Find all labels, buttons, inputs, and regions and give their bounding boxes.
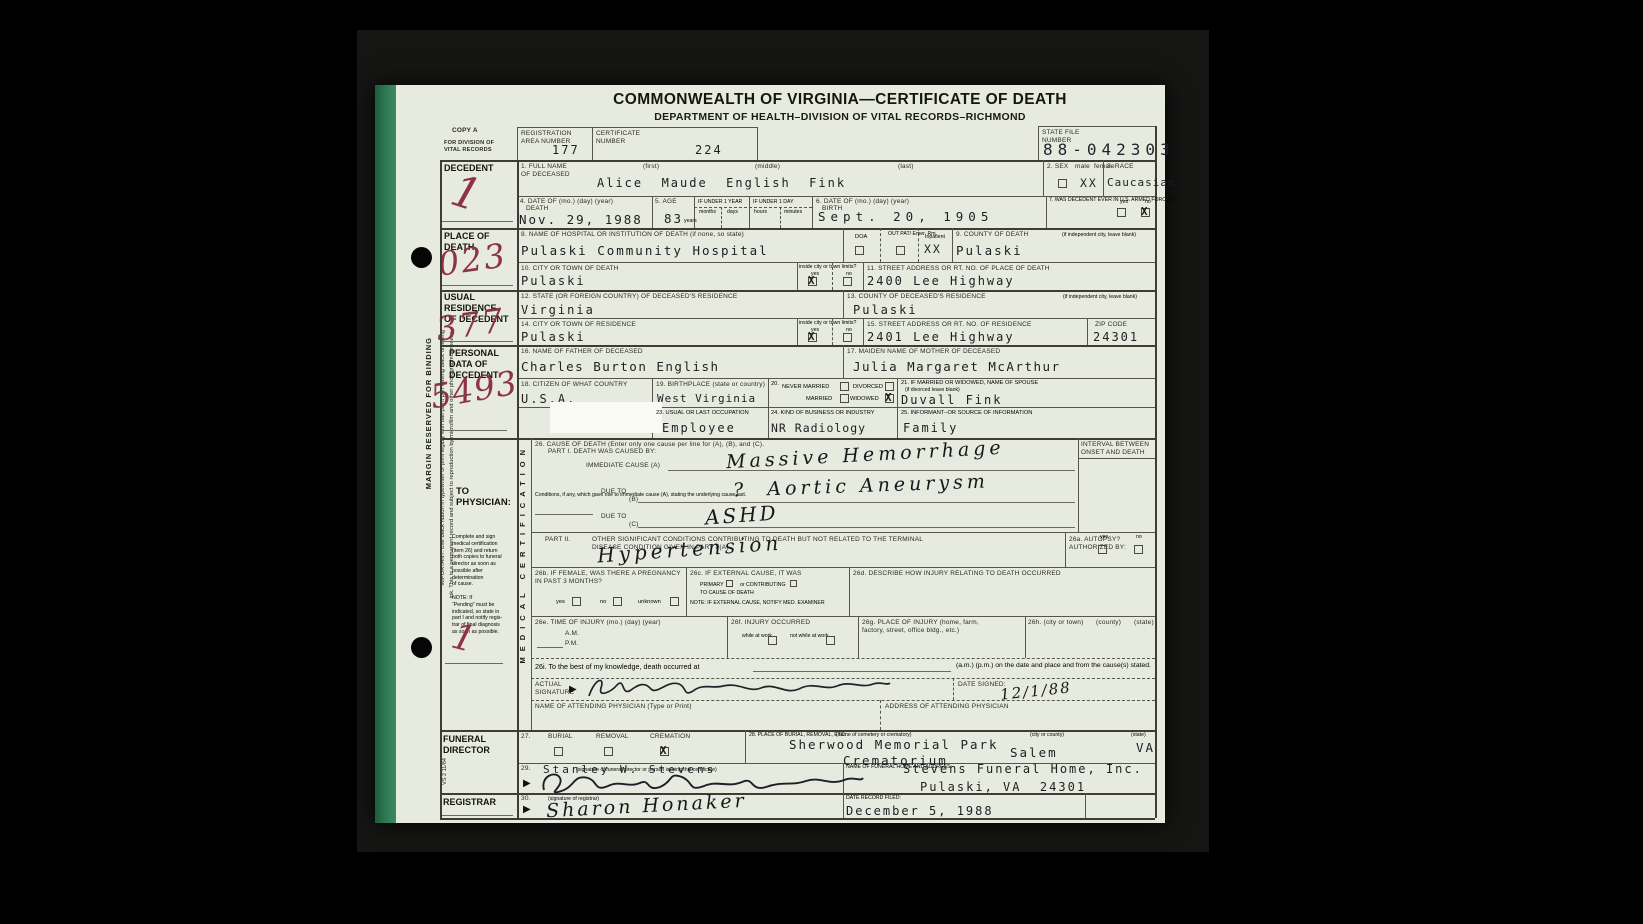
checkbox-doa	[855, 246, 864, 255]
sex-label: 2. SEX	[1047, 163, 1068, 171]
checkbox-limits-yes-death: X	[808, 277, 817, 286]
registration-area-number-value: 177	[552, 143, 580, 157]
zip-label: ZIP CODE	[1095, 321, 1127, 329]
injury-city-label: 26h. (city or town)	[1028, 619, 1083, 627]
burial-state-value: VA	[1136, 740, 1155, 755]
attending-physician-name-label: NAME OF ATTENDING PHYSICIAN (Type or Pri…	[535, 703, 692, 711]
residence-city-value: Pulaski	[521, 330, 586, 344]
due-to-c-label: DUE TO	[601, 513, 627, 521]
inpatient-mark: XX	[924, 242, 942, 256]
to-physician-note: Complete and sign medical certification …	[452, 534, 502, 588]
part2-label: PART II.	[545, 536, 570, 544]
citizen-label: 18. CITIZEN OF WHAT COUNTRY	[521, 381, 628, 389]
contributing-label: or CONTRIBUTING	[740, 582, 786, 589]
injury-occurred-label: 26f. INJURY OCCURRED	[731, 619, 810, 627]
father-label: 16. NAME OF FATHER OF DECEASED	[521, 348, 643, 356]
cremation-label: CREMATION	[650, 733, 690, 741]
date-of-death-value: Nov. 29, 1988	[519, 212, 643, 227]
full-name-value: Alice Maude English Fink	[597, 176, 846, 190]
divorced-label: DIVORCED	[853, 384, 883, 391]
county-of-death-value: Pulaski	[956, 243, 1023, 258]
form-code: VS 2 11/84	[442, 758, 448, 785]
section-funeral-director: FUNERAL DIRECTOR	[443, 734, 490, 756]
checkbox-contributing	[790, 580, 797, 587]
signature-arrow-icon: ▶	[569, 684, 577, 695]
residence-county-hint: (if independent city, leave blank)	[1063, 294, 1137, 301]
first-hint: (first)	[643, 163, 659, 171]
checkbox-limits-no-death	[843, 277, 852, 286]
street-of-death-value: 2400 Lee Highway	[867, 274, 1015, 288]
burial-state-hint: (state)	[1131, 732, 1146, 739]
checkbox-limits-yes-res: X	[808, 333, 817, 342]
am-label: A.M.	[565, 630, 579, 638]
age-label: 5. AGE	[655, 198, 677, 206]
pregnancy-label: 26b. IF FEMALE, WAS THERE A PREGNANCY IN…	[535, 570, 681, 586]
days-label: days	[727, 209, 738, 216]
middle-hint: (middle)	[755, 163, 780, 171]
burial-place-value1: Sherwood Memorial Park	[789, 737, 999, 752]
age-value: 83	[664, 211, 683, 226]
not-while-at-work-label: not while at work	[790, 633, 829, 640]
armed-forces-label: 7. WAS DECEDENT EVER IN U.S. ARMED FORCE…	[1049, 197, 1176, 204]
residence-street-label: 15. STREET ADDRESS OR RT. NO. OF RESIDEN…	[867, 321, 1032, 329]
hospital-value: Pulaski Community Hospital	[521, 243, 769, 258]
to-cause-label: TO CAUSE OF DEATH	[700, 590, 754, 597]
occupation-value: Employee	[662, 421, 736, 435]
describe-injury-label: 26d. DESCRIBE HOW INJURY RELATING TO DEA…	[853, 570, 1061, 578]
full-name-label: 1. FULL NAME OF DECEASED	[521, 163, 570, 179]
attending-physician-address-label: ADDRESS OF ATTENDING PHYSICIAN	[885, 703, 1009, 711]
death-certificate-scan: COMMONWEALTH OF VIRGINIA—CERTIFICATE OF …	[0, 0, 1643, 924]
checkbox-never-married	[840, 382, 849, 391]
informant-label: 25. INFORMANT–OR SOURCE OF INFORMATION	[901, 410, 1032, 417]
residence-state-value: Virginia	[521, 303, 595, 317]
immediate-cause-label: IMMEDIATE CAUSE (A)	[586, 462, 660, 470]
physician-signature-handwriting	[583, 672, 893, 702]
industry-value: NR Radiology	[771, 421, 866, 435]
burial-city-value: Salem	[1010, 745, 1058, 760]
spouse-value: Duvall Fink	[901, 393, 1002, 407]
age-years-label: years	[684, 218, 697, 225]
mother-value: Julia Margaret McArthur	[853, 359, 1061, 374]
checkbox-pregnancy-unknown	[670, 597, 679, 606]
external-note-label: NOTE: IF EXTERNAL CAUSE, NOTIFY MED. EXA…	[690, 600, 825, 607]
item27-label: 27.	[521, 733, 531, 741]
checkbox-divorced	[885, 382, 894, 391]
external-cause-label: 26c. IF EXTERNAL CAUSE, IT WAS	[690, 570, 802, 578]
checkbox-autopsy-yes	[1098, 545, 1107, 554]
race-value: Caucasian	[1107, 176, 1176, 189]
limits-label-death: inside city or town limits?	[799, 264, 861, 271]
checkbox-pregnancy-yes	[572, 597, 581, 606]
occupation-label: 23. USUAL OR LAST OCCUPATION	[656, 410, 749, 417]
checkbox-armed-yes	[1117, 208, 1126, 217]
residence-county-value: Pulaski	[853, 303, 918, 317]
margin-binding-note: MARGIN RESERVED FOR BINDING	[424, 337, 433, 489]
residence-state-label: 12. STATE (OR FOREIGN COUNTRY) OF DECEAS…	[521, 293, 737, 301]
zip-value: 24301	[1093, 330, 1139, 344]
conditions-note: Conditions, if any, which gave rise to i…	[535, 492, 746, 499]
attestation-label: 26i. To the best of my knowledge, death …	[535, 662, 699, 671]
checkbox-primary	[726, 580, 733, 587]
marital-label: 20.	[771, 381, 779, 388]
removal-label: REMOVAL	[596, 733, 629, 741]
checkbox-pregnancy-no	[613, 597, 622, 606]
pm-label: P.M.	[565, 640, 578, 648]
checkbox-married	[840, 394, 849, 403]
certificate-number-label: CERTIFICATE NUMBER	[596, 130, 640, 146]
doa-label: DOA	[855, 234, 867, 241]
armed-yes-label: yes	[1120, 199, 1128, 206]
primary-label: PRIMARY	[700, 582, 724, 589]
section-registrar: REGISTRAR	[443, 797, 496, 808]
funeral-signature-arrow-icon: ▶	[523, 778, 531, 789]
county-of-death-label: 9. COUNTY OF DEATH	[956, 231, 1028, 239]
certificate-subtitle: DEPARTMENT OF HEALTH–DIVISION OF VITAL R…	[520, 111, 1160, 123]
limits-label-res: inside city or town limits?	[799, 320, 861, 327]
date-of-birth-value: Sept. 20, 1905	[818, 209, 993, 224]
sex-male-label: male	[1075, 163, 1090, 171]
residence-county-label: 13. COUNTY OF DECEASED'S RESIDENCE	[847, 293, 986, 301]
city-of-death-value: Pulaski	[521, 274, 586, 288]
burial-label: BURIAL	[548, 733, 573, 741]
checkbox-autopsy-no	[1134, 545, 1143, 554]
copy-label: COPY A	[452, 127, 478, 135]
checkbox-outpatient	[896, 246, 905, 255]
residence-street-value: 2401 Lee Highway	[867, 330, 1015, 344]
hole-punch-bottom	[411, 637, 432, 658]
checkbox-limits-no-res	[843, 333, 852, 342]
industry-label: 24. KIND OF BUSINESS OR INDUSTRY	[771, 410, 875, 417]
certificate-number-value: 224	[695, 143, 723, 157]
date-filed-value: December 5, 1988	[846, 804, 994, 818]
checkbox-widowed: X	[885, 394, 894, 403]
widowed-label: WIDOWED	[850, 396, 879, 403]
hours-label: hours	[754, 209, 767, 216]
birthplace-label: 19. BIRTHPLACE (state or country)	[656, 381, 765, 389]
city-of-death-label: 10. CITY OR TOWN OF DEATH	[521, 265, 619, 273]
hole-punch-top	[411, 247, 432, 268]
checkbox-burial	[554, 747, 563, 756]
never-married-label: NEVER MARRIED	[782, 384, 829, 391]
certificate-title: COMMONWEALTH OF VIRGINIA—CERTIFICATE OF …	[520, 91, 1160, 109]
cause-c-handwriting: ASHD	[704, 500, 779, 529]
medical-certification-vertical-label: MEDICAL CERTIFICATION	[518, 444, 527, 663]
interval-label: INTERVAL BETWEEN ONSET AND DEATH	[1081, 441, 1149, 457]
street-of-death-label: 11. STREET ADDRESS OR RT. NO. OF PLACE O…	[867, 265, 1050, 273]
checkbox-while-at-work	[768, 636, 777, 645]
pregnancy-no-label: no	[600, 599, 606, 606]
minutes-label: minutes	[784, 209, 802, 216]
under-1-day-label: IF UNDER 1 DAY	[753, 199, 794, 206]
funeral-home-value2: Pulaski, VA 24301	[920, 780, 1086, 794]
time-of-injury-label: 26e. TIME OF INJURY (mo.) (day) (year)	[535, 619, 661, 627]
birthplace-value: West Virginia	[657, 392, 756, 405]
inpatient-label: Inpatient	[925, 234, 945, 241]
hospital-label: 8. NAME OF HOSPITAL OR INSTITUTION OF DE…	[521, 231, 744, 239]
injury-county-label: (county)	[1096, 619, 1121, 627]
registrar-signature-arrow-icon: ▶	[523, 804, 531, 815]
checkbox-cremation: X	[660, 747, 669, 756]
section-to-physician: TO PHYSICIAN:	[456, 486, 511, 509]
date-filed-label: DATE RECORD FILED:	[846, 795, 901, 802]
item30-label: 30.	[521, 795, 531, 803]
item29-label: 29.	[521, 765, 531, 773]
residence-city-label: 14. CITY OR TOWN OF RESIDENCE	[521, 321, 636, 329]
checkbox-not-while-at-work	[826, 636, 835, 645]
race-label: 3. RACE	[1107, 163, 1134, 171]
place-of-injury-label: 26g. PLACE OF INJURY (home, farm, factor…	[862, 619, 979, 635]
checkbox-armed-no: X	[1141, 208, 1150, 217]
part1-label: PART I. DEATH WAS CAUSED BY:	[548, 448, 656, 456]
mother-label: 17. MAIDEN NAME OF MOTHER OF DECEASED	[847, 348, 1000, 356]
attestation-label2: (a.m.) (p.m.) on the date and place and …	[956, 662, 1151, 669]
pregnancy-yes-label: yes	[556, 599, 565, 606]
division-label: FOR DIVISION OF VITAL RECORDS	[444, 140, 494, 155]
autopsy-yes-label: yes	[1100, 534, 1108, 541]
binding-green-strip	[375, 85, 396, 823]
under-1-year-label: IF UNDER 1 YEAR	[698, 199, 742, 206]
redaction-whiteout	[550, 402, 662, 433]
informant-value: Family	[903, 421, 958, 435]
county-of-death-hint: (if independent city, leave blank)	[1062, 232, 1136, 239]
father-value: Charles Burton English	[521, 359, 720, 374]
last-hint: (last)	[898, 163, 914, 171]
checkbox-removal	[604, 747, 613, 756]
burial-city-hint: (city or county)	[1030, 732, 1064, 739]
funeral-home-value1: Stevens Funeral Home, Inc.	[903, 762, 1143, 776]
injury-state-label: (state)	[1134, 619, 1154, 627]
autopsy-no-label: no	[1136, 534, 1142, 541]
checkbox-sex-male	[1058, 179, 1067, 188]
married-label: MARRIED	[806, 396, 832, 403]
pregnancy-unknown-label: unknown	[638, 599, 661, 606]
sex-female-mark: XX	[1080, 176, 1098, 190]
months-label: months	[699, 209, 716, 216]
